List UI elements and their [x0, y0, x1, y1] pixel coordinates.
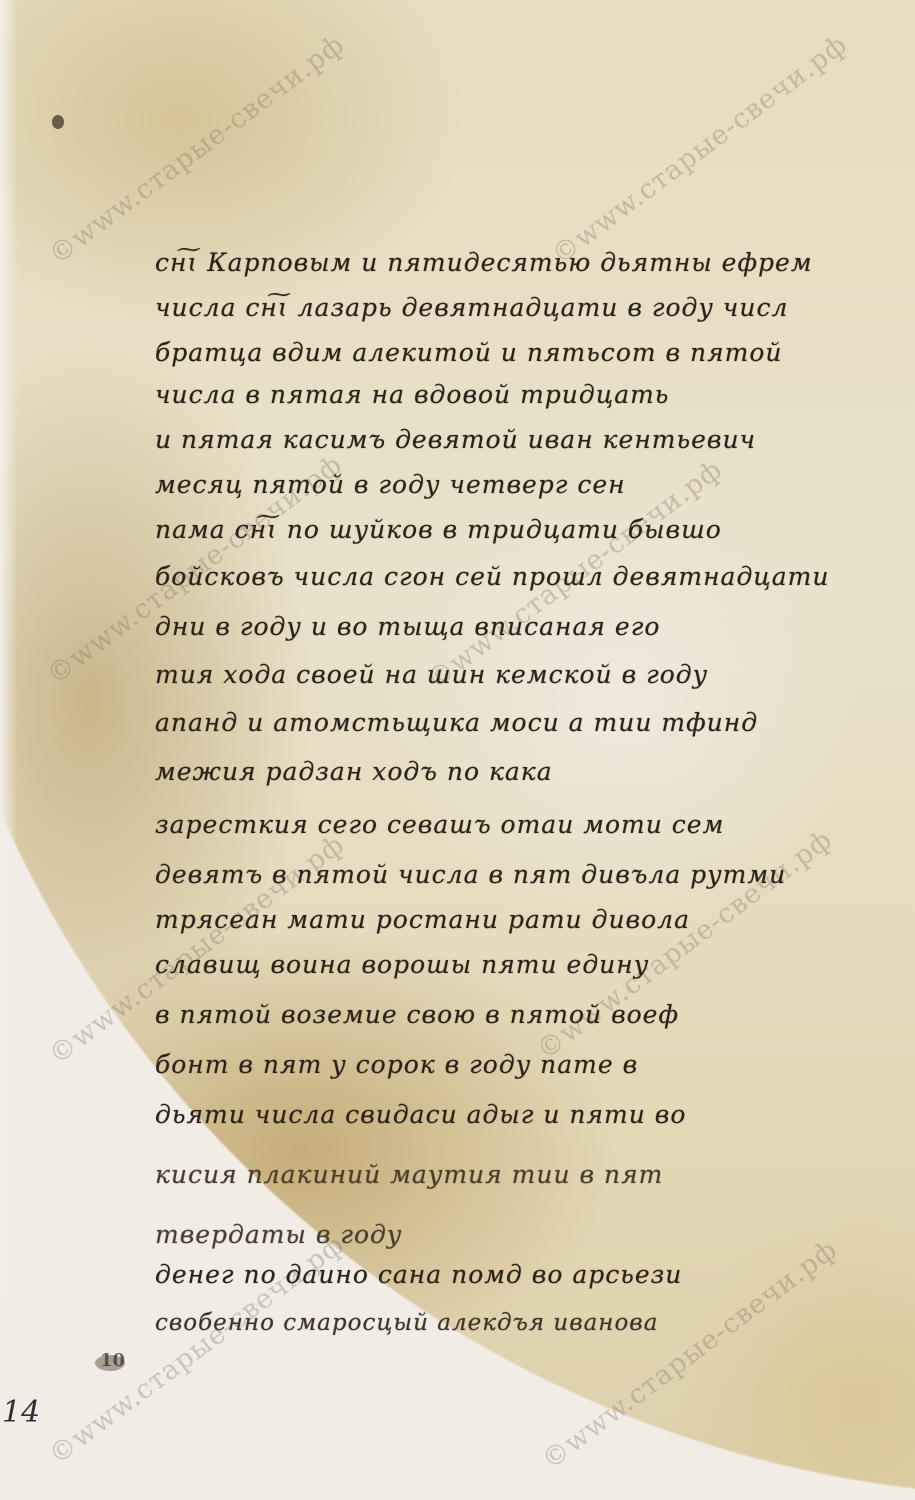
manuscript-line: в пятой воземие свою в пятой воеф [155, 1000, 875, 1029]
manuscript-line: бонт в пят у сорок в году пате в [155, 1050, 875, 1079]
manuscript-line: денег по даино сана помд во арсьези [155, 1260, 875, 1289]
manuscript-line: твердаты в году [155, 1220, 875, 1249]
paper-left-edge [0, 0, 18, 1300]
ink-spot [52, 115, 64, 129]
manuscript-line: дьяти числа свидаси адыг и пяти во [155, 1100, 875, 1129]
manuscript-line: тия хода своей на шин кемской в году [155, 660, 875, 689]
manuscript-line: трясеан мати ростани рати дивола [155, 905, 875, 934]
manuscript-line: свобенно смаросцый алекдъя иванова [155, 1310, 875, 1336]
manuscript-line: дни в году и во тыща вписаная его [155, 612, 875, 641]
manuscript-line: сн͠ꙇ Карповым и пятидесятью дьятны ефрем [155, 248, 875, 277]
manuscript-line: числа в пятая на вдовой тридцать [155, 380, 875, 409]
manuscript-line: апанд и атомстьщика моси а тии тфинд [155, 708, 875, 737]
manuscript-line: славищ воина ворошы пяти едину [155, 950, 875, 979]
manuscript-line: девятъ в пятой числа в пят дивъла рутми [155, 860, 875, 889]
manuscript-page: ©www.старые-свечи.рф ©www.старые-свечи.р… [0, 0, 915, 1500]
manuscript-line: пама сн͠ꙇ по шуйков в тридцати бывшо [155, 515, 875, 544]
page-mark: 10 [100, 1350, 125, 1371]
manuscript-line: заресткия сего севашъ отаи моти сем [155, 810, 875, 839]
watermark: ©www.старые-свечи.рф [546, 29, 853, 271]
manuscript-line: бойсковъ числа сгон сей прошл девятнадца… [155, 562, 875, 591]
manuscript-line: и пятая касимъ девятой иван кентьевич [155, 425, 875, 454]
corner-mark: 14 [2, 1395, 40, 1430]
manuscript-line: месяц пятой в году четверг сен [155, 470, 875, 499]
manuscript-line: братца вдим алекитой и пятьсот в пятой [155, 338, 875, 367]
manuscript-line: числа сн͠ꙇ лазарь девятнадцати в году чи… [155, 293, 875, 322]
watermark: ©www.старые-свечи.рф [43, 29, 350, 271]
manuscript-line: межия радзан ходъ по кака [155, 757, 875, 786]
manuscript-line: кисия плакиний маутия тии в пят [155, 1160, 875, 1189]
